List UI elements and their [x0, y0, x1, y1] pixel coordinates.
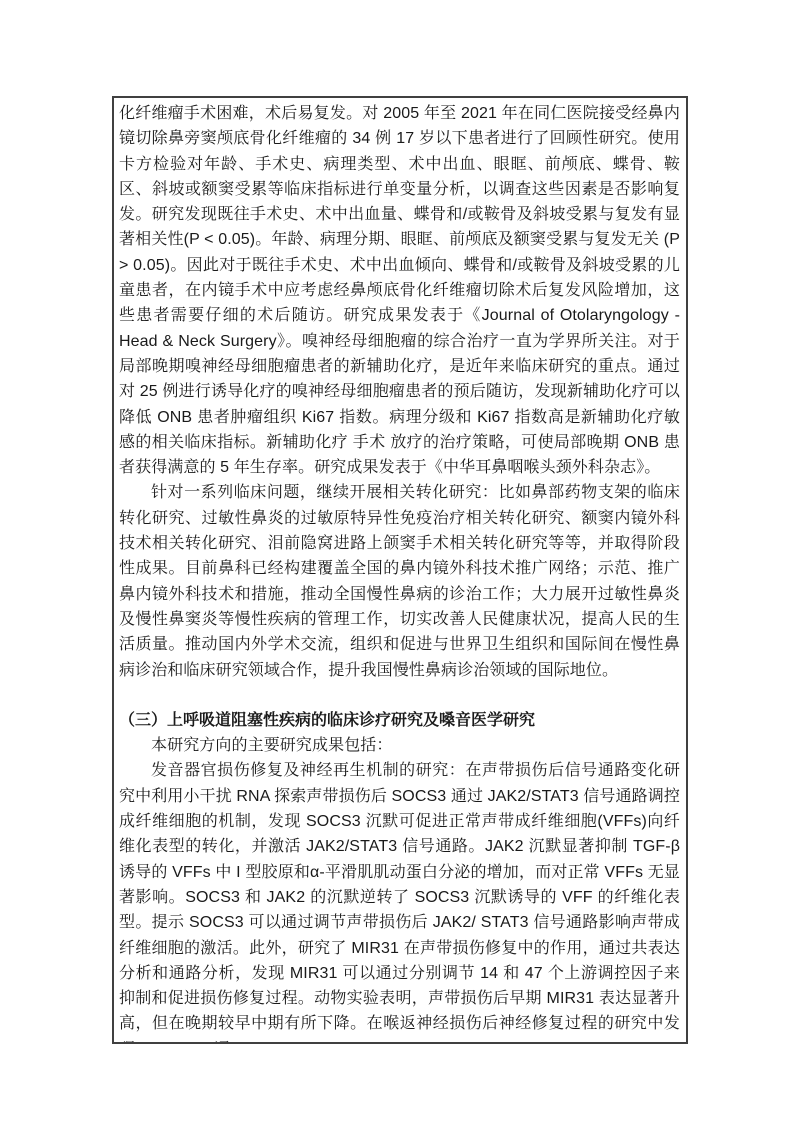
paragraph-bone-fibroma-study: 化纤维瘤手术困难，术后易复发。对 2005 年至 2021 年在同仁医院接受经鼻… [119, 101, 680, 480]
paragraph-voice-organ-research: 发音器官损伤修复及神经再生机制的研究：在声带损伤后信号通路变化研究中利用小干扰 … [119, 758, 680, 1044]
content-table-cell: 化纤维瘤手术困难，术后易复发。对 2005 年至 2021 年在同仁医院接受经鼻… [112, 96, 688, 1044]
document-page: 化纤维瘤手术困难，术后易复发。对 2005 年至 2021 年在同仁医院接受经鼻… [0, 0, 800, 1132]
section-heading-upper-airway: （三）上呼吸道阻塞性疾病的临床诊疗研究及嗓音医学研究 [119, 708, 680, 733]
paragraph-translational-research: 针对一系列临床问题，继续开展相关转化研究：比如鼻部药物支架的临床转化研究、过敏性… [119, 480, 680, 682]
paragraph-results-intro: 本研究方向的主要研究成果包括： [119, 733, 680, 758]
